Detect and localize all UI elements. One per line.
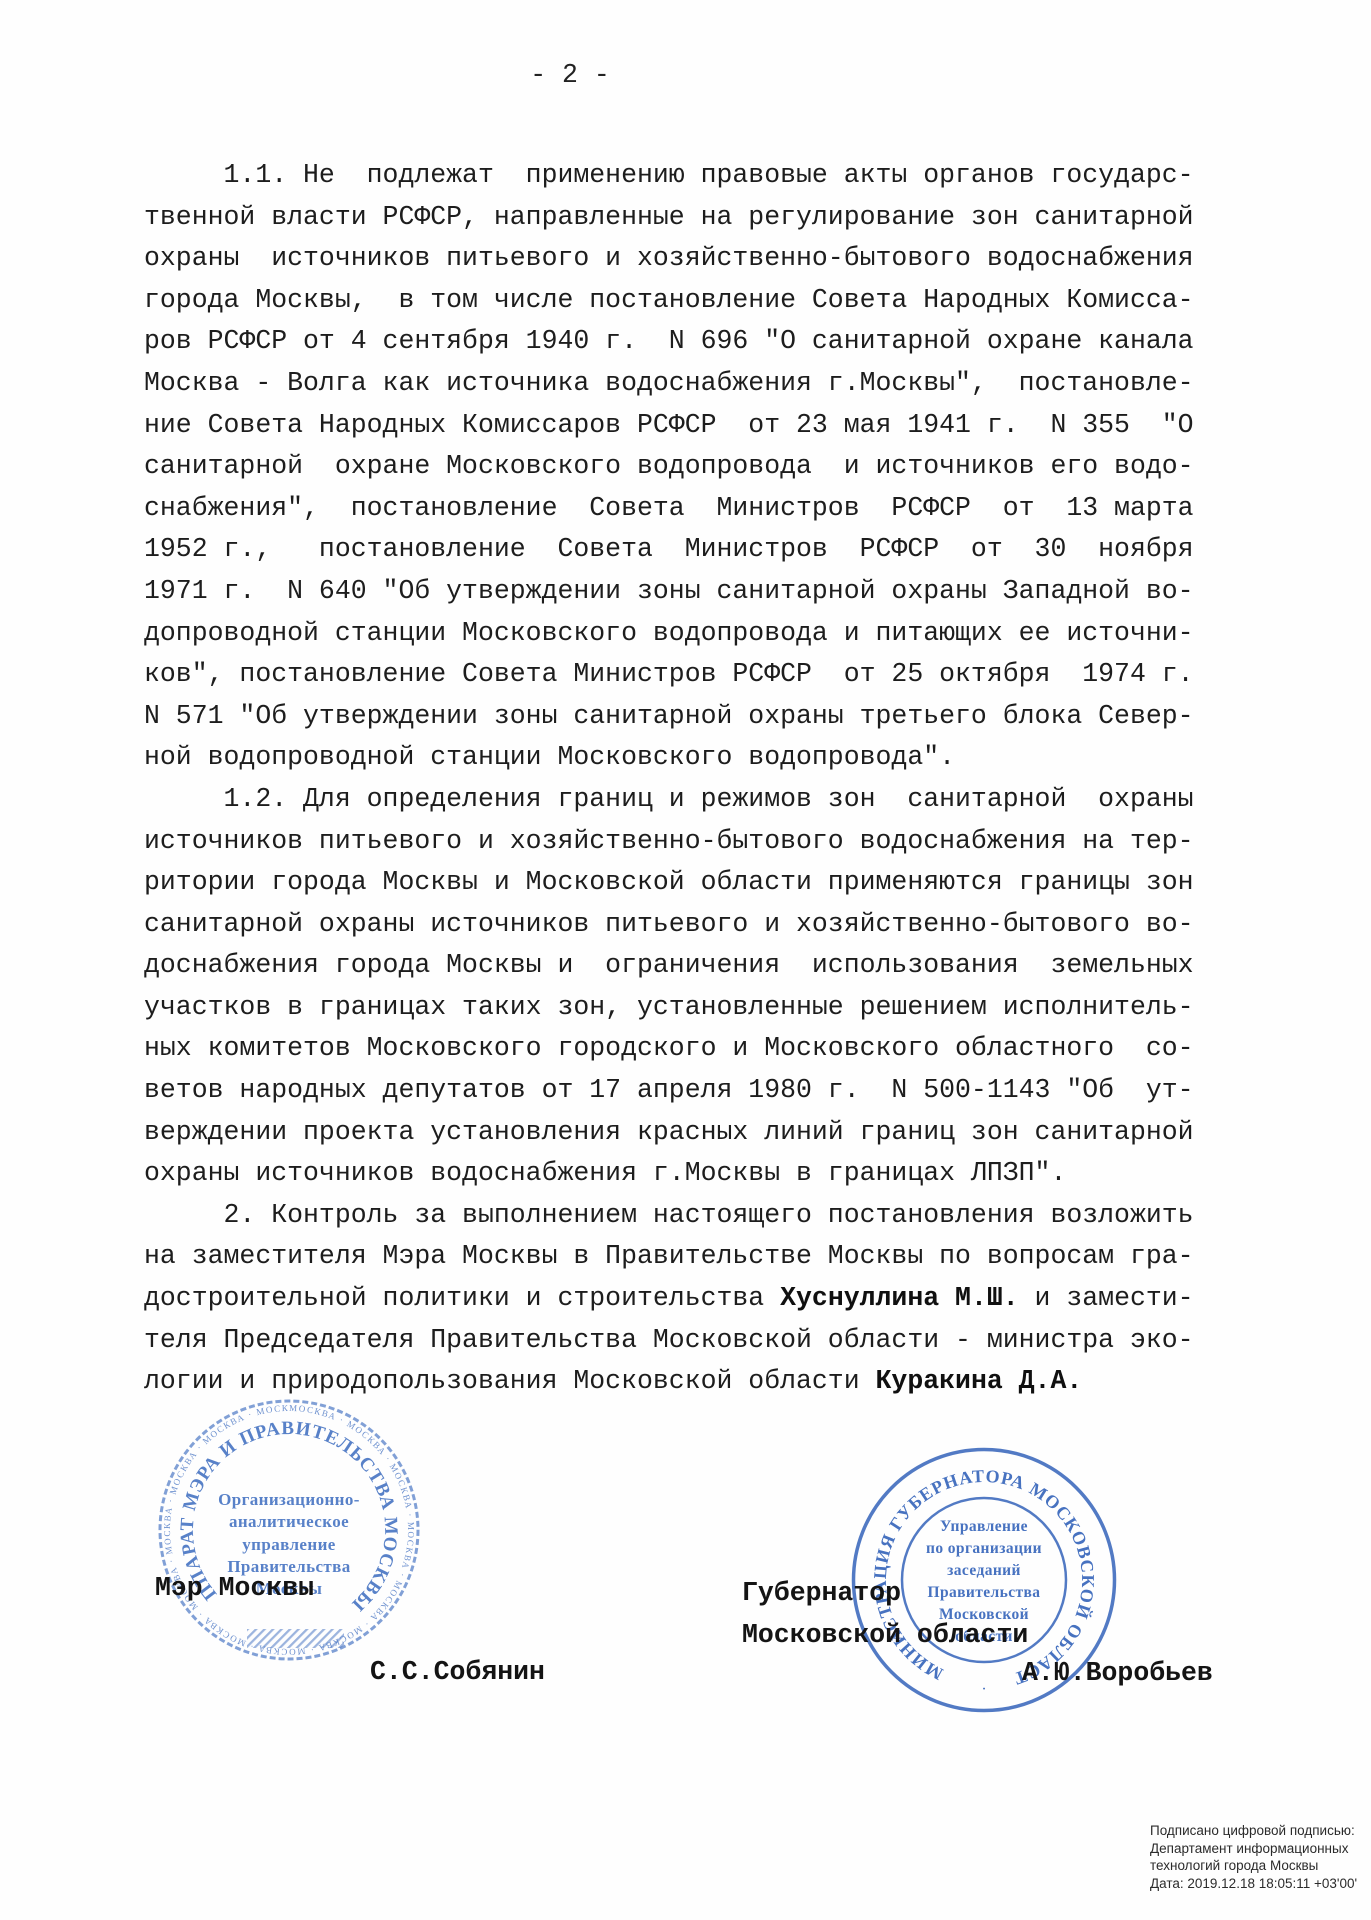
stamp-center-line: Управление bbox=[899, 1516, 1069, 1538]
governor-name: А.Ю.Воробьев bbox=[1022, 1658, 1213, 1688]
body-line: ной водопроводной станции Московского во… bbox=[144, 737, 1194, 779]
body-line: 2. Контроль за выполнением настоящего по… bbox=[144, 1195, 1194, 1237]
stamp-signature-hatch bbox=[247, 1629, 344, 1648]
body-line: ветов народных депутатов от 17 апреля 19… bbox=[144, 1070, 1194, 1112]
stamp-center-line: аналитическое bbox=[179, 1511, 399, 1533]
digital-signature-line: Дата: 2019.12.18 18:05:11 +03'00' bbox=[1150, 1875, 1357, 1893]
body-line: Москва - Волга как источника водоснабжен… bbox=[144, 363, 1194, 405]
digital-signature-note: Подписано цифровой подписью:Департамент … bbox=[1150, 1822, 1357, 1892]
body-line: ных комитетов Московского городского и М… bbox=[144, 1028, 1194, 1070]
mayor-title: Мэр Москвы bbox=[155, 1573, 314, 1603]
body-line: логии и природопользования Московской об… bbox=[144, 1361, 1194, 1403]
body-line: ров РСФСР от 4 сентября 1940 г. N 696 "О… bbox=[144, 321, 1194, 363]
body-line: 1971 г. N 640 "Об утверждении зоны санит… bbox=[144, 571, 1194, 613]
body-line: охраны источников водоснабжения г.Москвы… bbox=[144, 1153, 1194, 1195]
stamp-center-line: Правительства bbox=[899, 1582, 1069, 1604]
body-line: N 571 "Об утверждении зоны санитарной ох… bbox=[144, 696, 1194, 738]
body-line: участков в границах таких зон, установле… bbox=[144, 987, 1194, 1029]
body-line: достроительной политики и строительства … bbox=[144, 1278, 1194, 1320]
body-line: верждении проекта установления красных л… bbox=[144, 1112, 1194, 1154]
mayor-name: С.С.Собянин bbox=[370, 1657, 545, 1687]
body-line: санитарной охраны источников питьевого и… bbox=[144, 904, 1194, 946]
body-line: 1.1. Не подлежат применению правовые акт… bbox=[144, 155, 1194, 197]
stamp-center-line: управление bbox=[179, 1534, 399, 1556]
body-line: ритории города Москвы и Московской облас… bbox=[144, 862, 1194, 904]
body-line: на заместителя Мэра Москвы в Правительст… bbox=[144, 1236, 1194, 1278]
document-page: - 2 - 1.1. Не подлежат применению правов… bbox=[0, 0, 1371, 1920]
body-line: 1952 г., постановление Совета Министров … bbox=[144, 529, 1194, 571]
document-body: 1.1. Не подлежат применению правовые акт… bbox=[144, 155, 1194, 1403]
digital-signature-line: технологий города Москвы bbox=[1150, 1857, 1357, 1875]
governor-title-line2: Московской области bbox=[742, 1620, 1028, 1650]
body-line: теля Председателя Правительства Московск… bbox=[144, 1320, 1194, 1362]
body-line: 1.2. Для определения границ и режимов зо… bbox=[144, 779, 1194, 821]
body-line: доснабжения города Москвы и ограничения … bbox=[144, 945, 1194, 987]
body-line: допроводной станции Московского водопров… bbox=[144, 613, 1194, 655]
body-line: санитарной охране Московского водопровод… bbox=[144, 446, 1194, 488]
body-line: охраны источников питьевого и хозяйствен… bbox=[144, 238, 1194, 280]
digital-signature-line: Подписано цифровой подписью: bbox=[1150, 1822, 1357, 1840]
stamp-center-line: по организации bbox=[899, 1538, 1069, 1560]
body-line: города Москвы, в том числе постановление… bbox=[144, 280, 1194, 322]
stamp-center-line: Организационно- bbox=[179, 1489, 399, 1511]
body-line: ние Совета Народных Комиссаров РСФСР от … bbox=[144, 405, 1194, 447]
body-line: источников питьевого и хозяйственно-быто… bbox=[144, 821, 1194, 863]
body-line: твенной власти РСФСР, направленные на ре… bbox=[144, 197, 1194, 239]
governor-title-line1: Губернатор bbox=[742, 1578, 901, 1608]
body-line: ков", постановление Совета Министров РСФ… bbox=[144, 654, 1194, 696]
stamp-ring-separator-dot: · bbox=[981, 1681, 986, 1698]
stamp-center-line: заседаний bbox=[899, 1560, 1069, 1582]
digital-signature-line: Департамент информационных bbox=[1150, 1840, 1357, 1858]
body-line: снабжения", постановление Совета Министр… bbox=[144, 488, 1194, 530]
